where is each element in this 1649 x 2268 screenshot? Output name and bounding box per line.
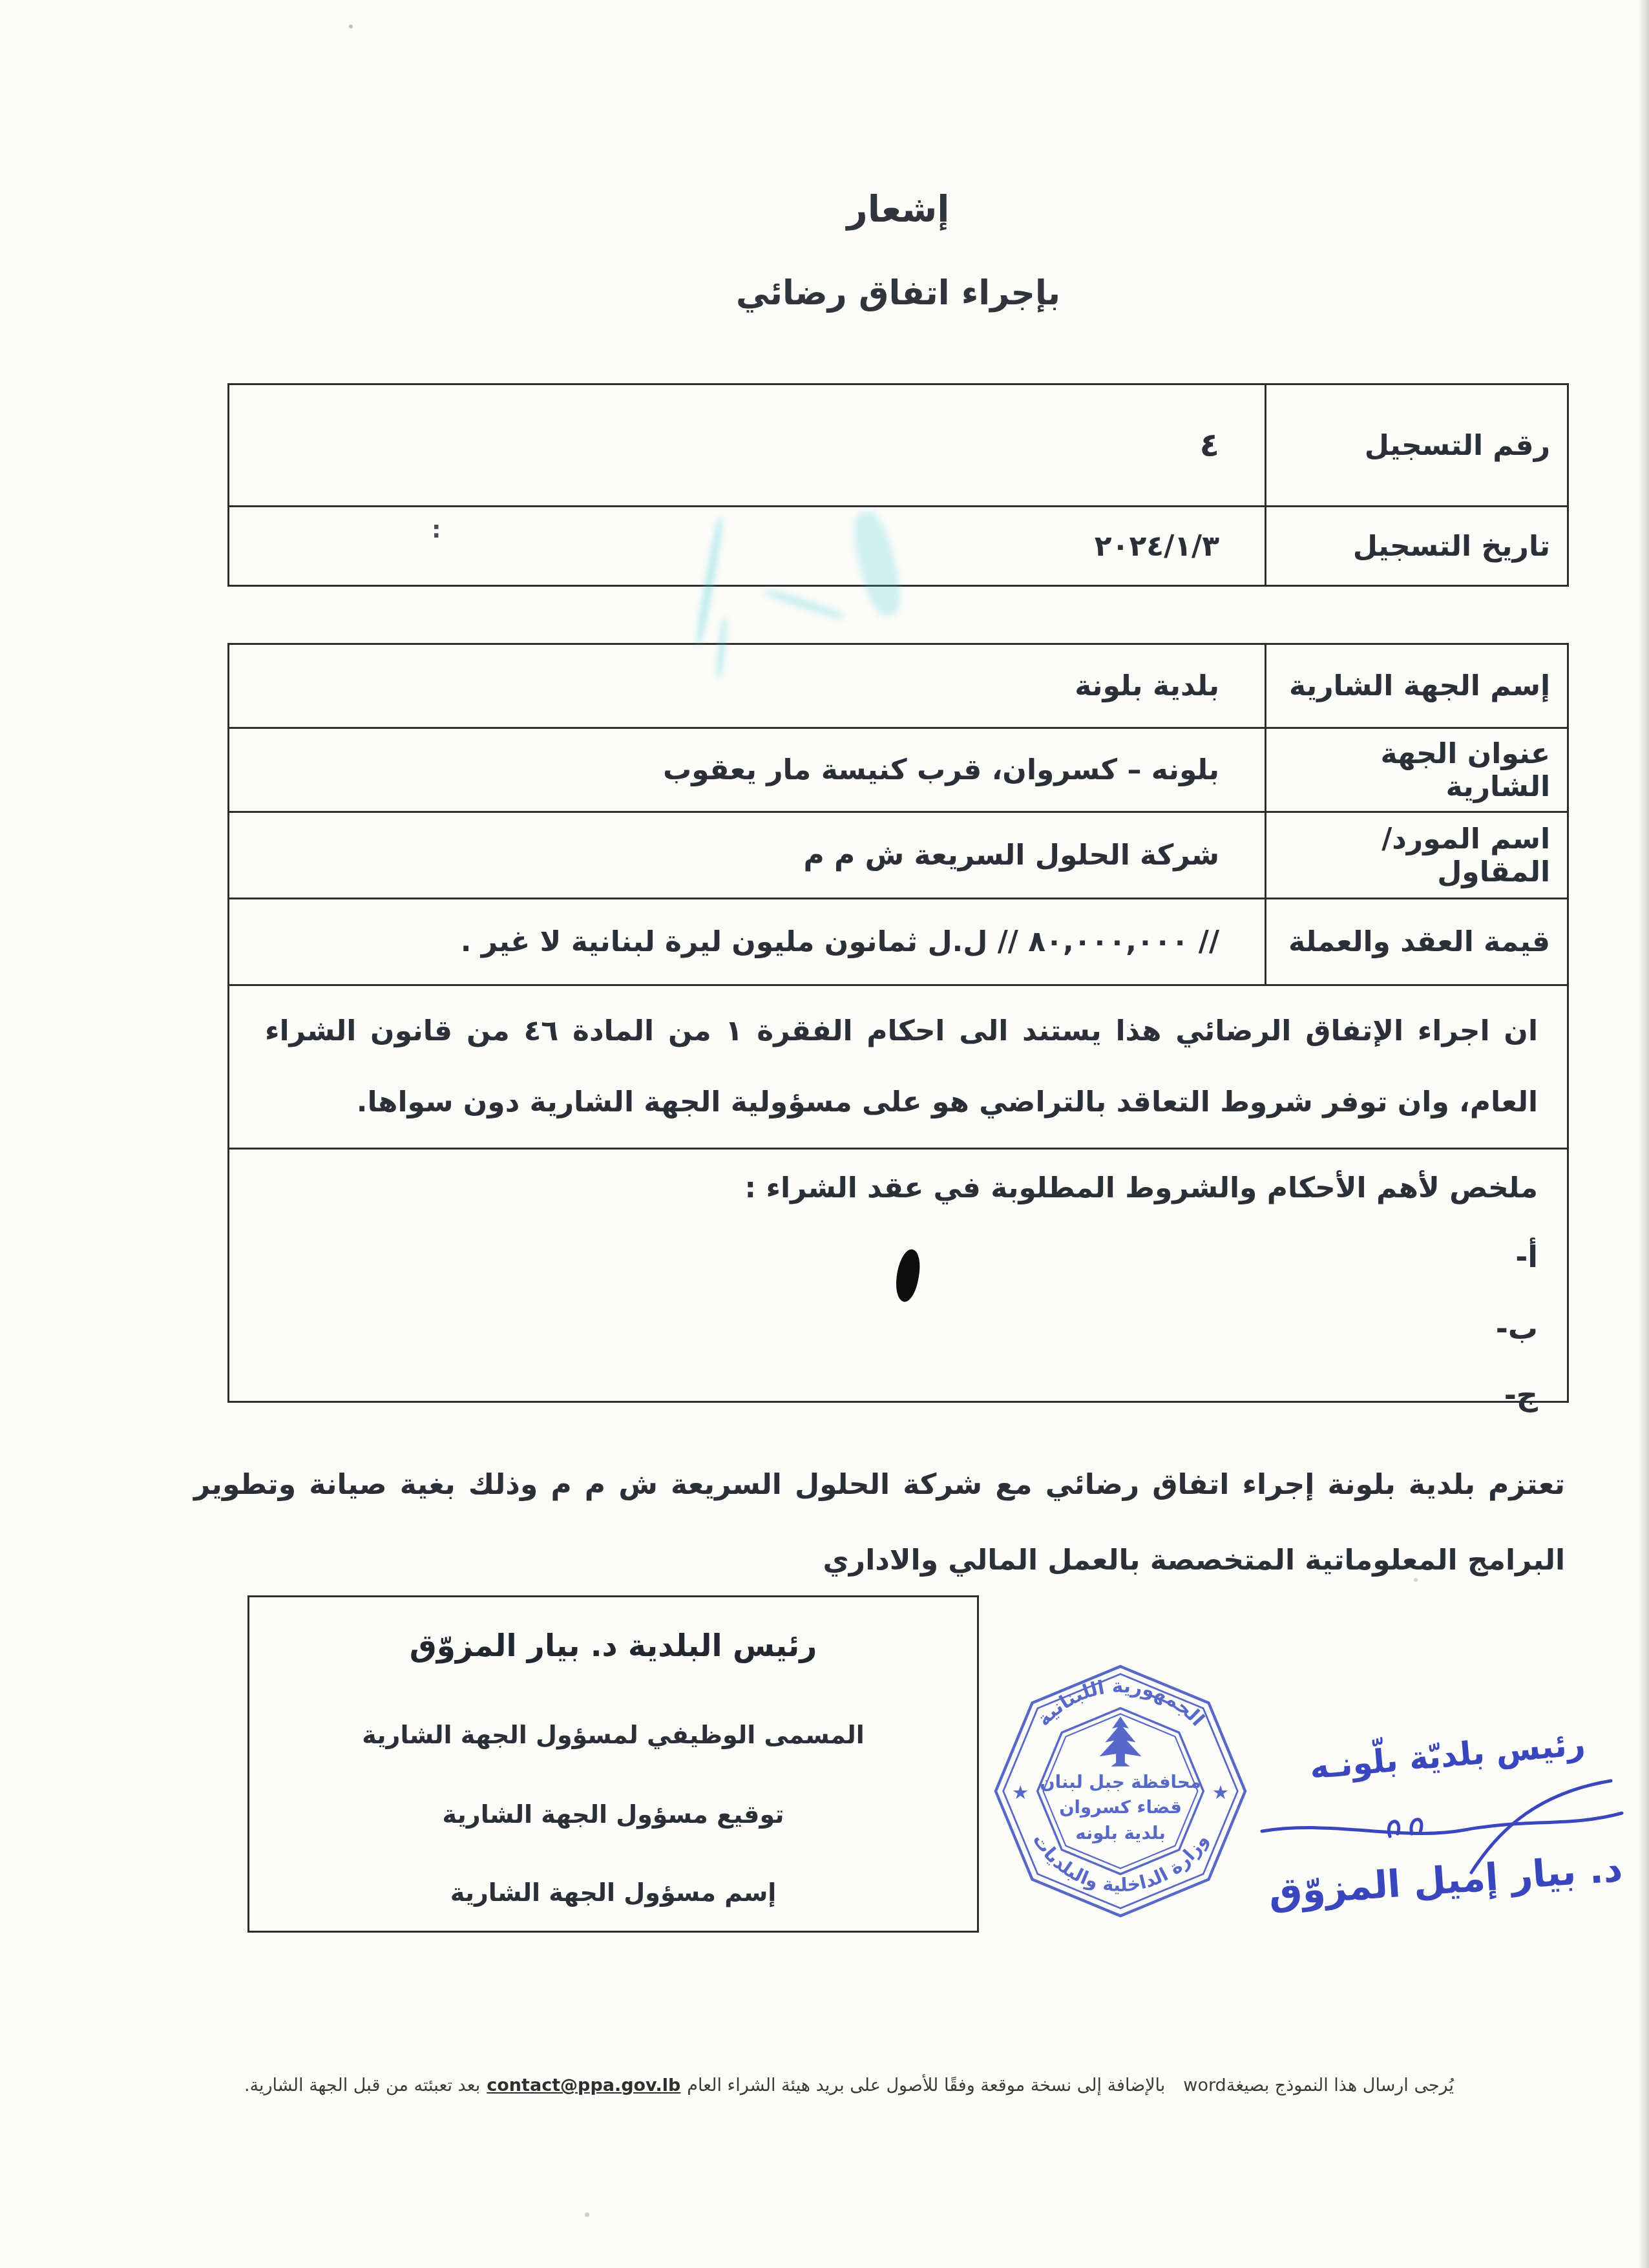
- registration-date-label: تاريخ التسجيل: [1265, 507, 1567, 585]
- terms-summary-heading: ملخص لأهم الأحكام والشروط المطلوبة في عق…: [265, 1171, 1538, 1206]
- buyer-name-label: إسم الجهة الشارية: [1265, 645, 1567, 727]
- scan-speck: [1414, 1578, 1418, 1582]
- cyan-streak-artifact: [763, 587, 846, 621]
- signatory-table: رئيس البلدية د. بيار المزوّق المسمى الوظ…: [247, 1595, 979, 1933]
- document-title-line-1: إشعار: [227, 189, 1569, 231]
- table-row-buyer-address: عنوان الجهة الشارية بلونه – كسروان، قرب …: [229, 727, 1567, 811]
- table-row-legal-basis: ان اجراء الإتفاق الرضائي هذا يستند الى ا…: [229, 984, 1567, 1148]
- cedar-tree-icon: [1100, 1716, 1142, 1766]
- buyer-name-value: بلدية بلونة: [229, 669, 1265, 702]
- table-row-supplier-name: اسم المورد/المقاول شركة الحلول السريعة ش…: [229, 811, 1567, 898]
- footer-part-3: بعد تعبئته من قبل الجهة الشارية.: [244, 2075, 480, 2095]
- scan-speck: [349, 25, 353, 28]
- registration-number-label: رقم التسجيل: [1265, 385, 1567, 505]
- stamp-left-star-icon: ★: [1012, 1781, 1029, 1803]
- registration-date-value: ٢٠٢٤/١/٣: [229, 530, 1265, 563]
- scan-edge-shadow: [1639, 0, 1649, 2268]
- stamp-municipality-text: بلدية بلونه: [1075, 1823, 1166, 1843]
- buyer-address-label: عنوان الجهة الشارية: [1265, 729, 1567, 811]
- terms-summary-item-b: ب-: [265, 1311, 1538, 1347]
- table-row-registration-number: رقم التسجيل ٤: [229, 385, 1567, 505]
- stray-mark-artifact: :: [432, 517, 441, 543]
- footer-word-format: word: [1183, 2075, 1226, 2095]
- table-row-official-name-label: إسم مسؤول الجهة الشارية: [249, 1854, 977, 1931]
- table-row-signatory-name-title: رئيس البلدية د. بيار المزوّق: [249, 1597, 977, 1694]
- footer-note: يُرجى ارسال هذا النموذج بصيغةwordبالإضاف…: [194, 2075, 1454, 2095]
- intent-paragraph: تعتزم بلدية بلونة إجراء اتفاق رضائي مع ش…: [194, 1447, 1565, 1598]
- signature-label: توقيع مسؤول الجهة الشارية: [443, 1800, 784, 1829]
- footer-part-1: يُرجى ارسال هذا النموذج بصيغة: [1226, 2075, 1454, 2095]
- supplier-name-value: شركة الحلول السريعة ش م م: [229, 839, 1265, 872]
- ppa-email-link[interactable]: contact@ppa.gov.lb: [487, 2075, 680, 2095]
- table-row-signature-label: توقيع مسؤول الجهة الشارية: [249, 1775, 977, 1854]
- official-name-label: إسم مسؤول الجهة الشارية: [450, 1878, 777, 1907]
- document-title-line-2: بإجراء اتفاق رضائي: [227, 274, 1569, 313]
- table-row-contract-value: قيمة العقد والعملة // ٨٠,٠٠٠,٠٠٠ // ل.ل …: [229, 898, 1567, 984]
- supplier-name-label: اسم المورد/المقاول: [1265, 813, 1567, 898]
- buyer-address-value: بلونه – كسروان، قرب كنيسة مار يعقوب: [229, 753, 1265, 786]
- legal-basis-paragraph: ان اجراء الإتفاق الرضائي هذا يستند الى ا…: [229, 976, 1567, 1157]
- job-title-label: المسمى الوظيفي لمسؤول الجهة الشارية: [362, 1721, 865, 1749]
- registration-table: رقم التسجيل ٤ تاريخ التسجيل ٢٠٢٤/١/٣: [227, 383, 1569, 587]
- stamp-right-star-icon: ★: [1212, 1781, 1229, 1803]
- stamp-governorate-text: محافظة جبل لبنان: [1040, 1772, 1201, 1792]
- signatory-name-title: رئيس البلدية د. بيار المزوّق: [410, 1628, 817, 1664]
- table-row-job-title-label: المسمى الوظيفي لمسؤول الجهة الشارية: [249, 1694, 977, 1775]
- scan-speck: [585, 2212, 589, 2217]
- stamp-district-text: قضاء كسروان: [1059, 1798, 1182, 1818]
- scanned-document-page: إشعار بإجراء اتفاق رضائي رقم التسجيل ٤ ت…: [0, 0, 1649, 2268]
- registration-number-value: ٤: [229, 426, 1265, 464]
- table-row-buyer-name: إسم الجهة الشارية بلدية بلونة: [229, 645, 1567, 727]
- municipality-official-stamp: الجمهورية اللبنانية وزارة الداخلية والبل…: [994, 1652, 1247, 1933]
- contract-value-value: // ٨٠,٠٠٠,٠٠٠ // ل.ل ثمانون مليون ليرة ل…: [229, 925, 1265, 958]
- footer-part-2: بالإضافة إلى نسخة موقعة وفقًا للأصول على…: [687, 2075, 1165, 2095]
- terms-summary-item-c: ج-: [265, 1378, 1538, 1413]
- table-row-registration-date: تاريخ التسجيل ٢٠٢٤/١/٣: [229, 505, 1567, 585]
- contract-value-label: قيمة العقد والعملة: [1265, 899, 1567, 984]
